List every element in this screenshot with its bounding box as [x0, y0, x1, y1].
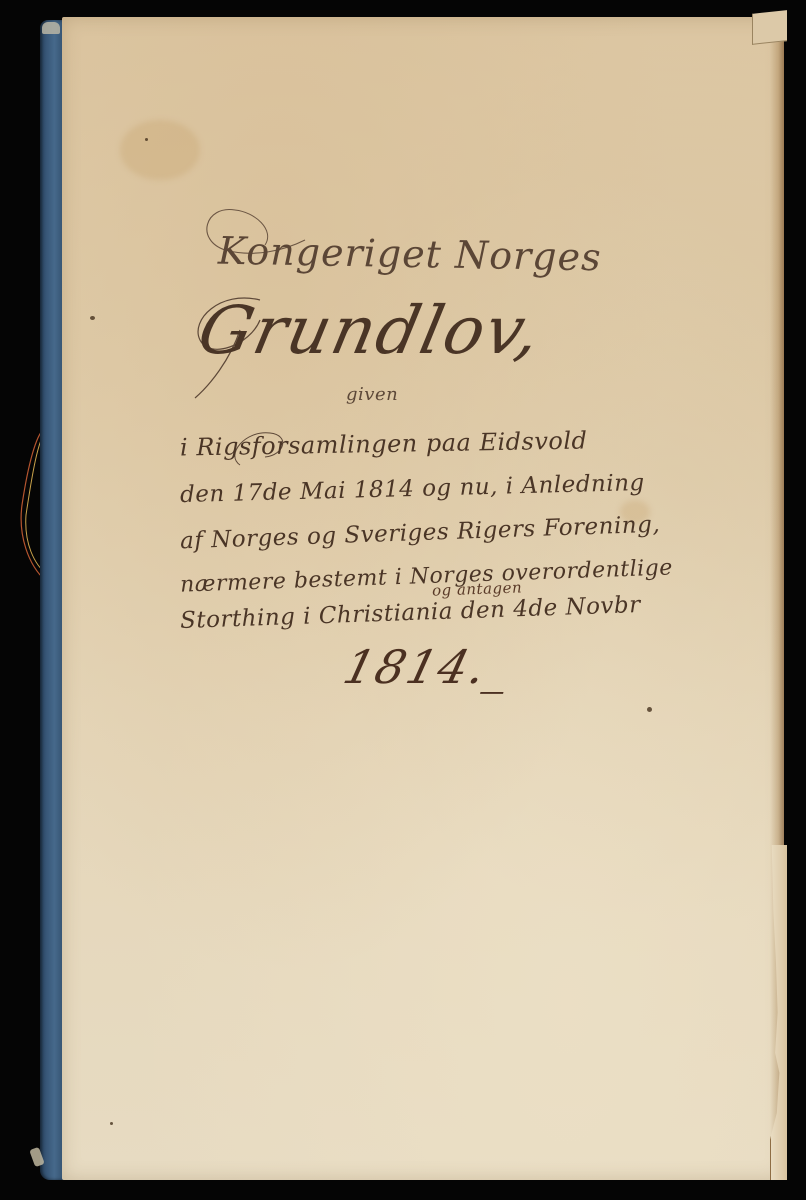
text-year: 1814._: [338, 640, 518, 694]
corner-fold: [752, 10, 787, 45]
ink-spot: [90, 316, 95, 320]
text-given: given: [346, 384, 398, 405]
ink-spot: [647, 707, 652, 712]
spine-wear-top: [42, 22, 60, 34]
paper-sheet: [62, 17, 784, 1180]
title-kongeriget-norges: Kongeriget Norges: [218, 229, 602, 280]
ink-spot: [145, 138, 148, 141]
stain: [120, 120, 200, 180]
title-grundlov: Grundlov,: [192, 292, 549, 369]
blue-spine: [40, 20, 64, 1180]
ink-spot: [110, 1122, 113, 1125]
